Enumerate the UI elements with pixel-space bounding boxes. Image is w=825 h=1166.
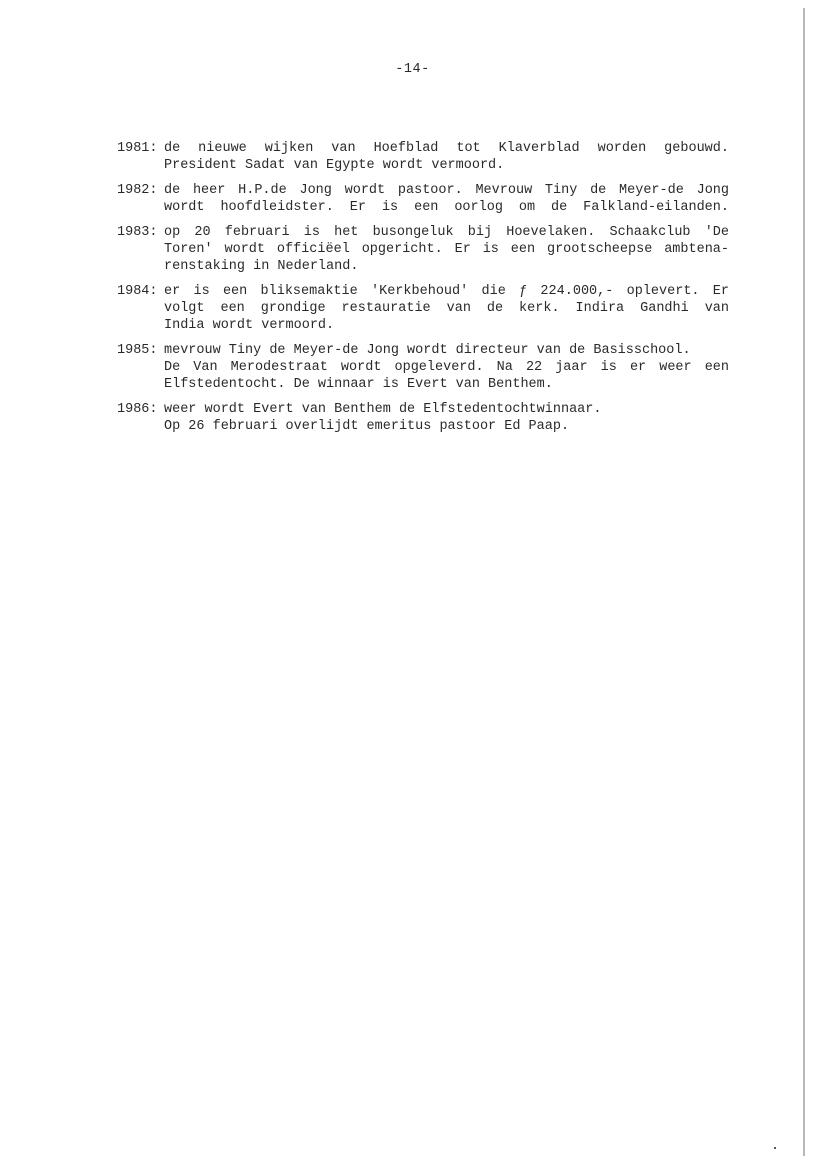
- chronology-entry-1983: 1983: op 20 februari is het busongeluk b…: [117, 224, 729, 275]
- entry-line: renstaking in Nederland.: [164, 258, 729, 275]
- chronology-entry-1986: 1986: weer wordt Evert van Benthem de El…: [117, 401, 729, 435]
- entry-line: President Sadat van Egypte wordt vermoor…: [164, 157, 729, 174]
- entry-line: De Van Merodestraat wordt opgeleverd. Na…: [164, 359, 729, 376]
- entry-line: op 20 februari is het busongeluk bij Hoe…: [164, 224, 729, 241]
- entry-year: 1982:: [117, 182, 164, 216]
- entry-year: 1986:: [117, 401, 164, 435]
- entry-text: de heer H.P.de Jong wordt pastoor. Mevro…: [164, 182, 729, 216]
- entry-line: India wordt vermoord.: [164, 317, 729, 334]
- entry-line: weer wordt Evert van Benthem de Elfstede…: [164, 401, 729, 418]
- page-edge-line: [803, 8, 805, 1156]
- scan-speck: [774, 1147, 776, 1149]
- entry-year: 1985:: [117, 342, 164, 393]
- entry-text: op 20 februari is het busongeluk bij Hoe…: [164, 224, 729, 275]
- entry-line: de nieuwe wijken van Hoefblad tot Klaver…: [164, 140, 729, 157]
- entry-text: weer wordt Evert van Benthem de Elfstede…: [164, 401, 729, 435]
- entry-line: Op 26 februari overlijdt emeritus pastoo…: [164, 418, 729, 435]
- entry-year: 1983:: [117, 224, 164, 275]
- entry-year: 1984:: [117, 283, 164, 334]
- chronology-entry-1985: 1985: mevrouw Tiny de Meyer-de Jong word…: [117, 342, 729, 393]
- chronology-entry-1984: 1984: er is een bliksemaktie 'Kerkbehoud…: [117, 283, 729, 334]
- entry-line: wordt hoofdleidster. Er is een oorlog om…: [164, 199, 729, 216]
- entry-text: mevrouw Tiny de Meyer-de Jong wordt dire…: [164, 342, 729, 393]
- entry-text: er is een bliksemaktie 'Kerkbehoud' die …: [164, 283, 729, 334]
- entry-line: Toren' wordt officiëel opgericht. Er is …: [164, 241, 729, 258]
- entry-line: de heer H.P.de Jong wordt pastoor. Mevro…: [164, 182, 729, 199]
- entry-line: mevrouw Tiny de Meyer-de Jong wordt dire…: [164, 342, 729, 359]
- entry-year: 1981:: [117, 140, 164, 174]
- chronology-list: 1981: de nieuwe wijken van Hoefblad tot …: [117, 140, 729, 443]
- page-number: -14-: [0, 62, 825, 77]
- entry-line: Elfstedentocht. De winnaar is Evert van …: [164, 376, 729, 393]
- entry-line: er is een bliksemaktie 'Kerkbehoud' die …: [164, 283, 729, 300]
- entry-line: volgt een grondige restauratie van de ke…: [164, 300, 729, 317]
- chronology-entry-1981: 1981: de nieuwe wijken van Hoefblad tot …: [117, 140, 729, 174]
- entry-text: de nieuwe wijken van Hoefblad tot Klaver…: [164, 140, 729, 174]
- chronology-entry-1982: 1982: de heer H.P.de Jong wordt pastoor.…: [117, 182, 729, 216]
